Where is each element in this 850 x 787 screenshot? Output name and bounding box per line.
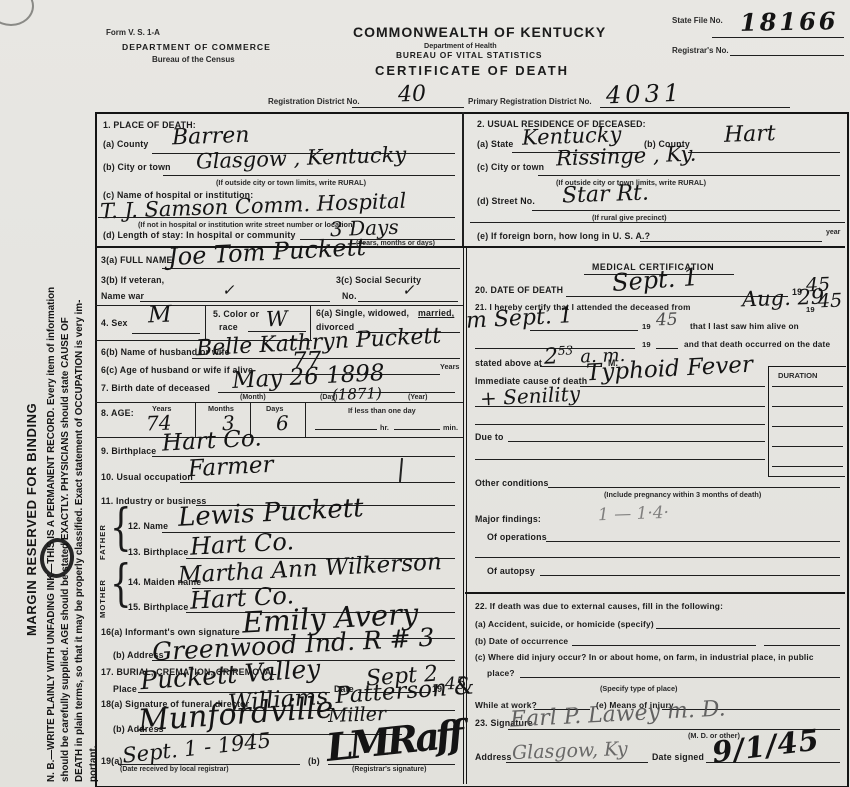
sex-label: 4. Sex: [101, 318, 128, 328]
rule: [530, 330, 638, 331]
autopsy-label: Of autopsy: [487, 566, 535, 576]
age-label: 8. AGE:: [101, 408, 134, 418]
attended-from-year: 45: [818, 292, 843, 312]
rule: [600, 107, 790, 108]
bureau-census: Bureau of the Census: [152, 55, 235, 64]
medical-section-divider: [465, 592, 845, 594]
father-name-label: 12. Name: [128, 521, 168, 531]
dept-health: Department of Health: [424, 41, 497, 50]
primary-district-number: 4031: [606, 81, 684, 108]
color-label2: race: [219, 322, 238, 332]
injury-where-label: (c) Where did injury occur? In or about …: [475, 653, 814, 662]
operations-label: Of operations: [487, 532, 547, 542]
rule: [772, 406, 843, 407]
margin-nb-line3: DEATH in plain terms, so that it may be …: [74, 108, 85, 782]
commonwealth-title: COMMONWEALTH OF KENTUCKY: [353, 24, 606, 40]
corner-scan-mark: [0, 0, 34, 26]
rule: [475, 459, 765, 460]
marital-label: 6(a) Single, widowed,: [316, 308, 409, 318]
rule: [730, 55, 844, 56]
registrar-no-label: Registrar's No.: [672, 46, 729, 55]
rule: [180, 482, 455, 483]
color-label: 5. Color or: [213, 309, 259, 319]
rule: [768, 476, 845, 477]
stated-above-label: stated above at: [475, 358, 542, 368]
veteran-check-mark: ✓: [222, 283, 235, 298]
column-divider-top: [462, 112, 464, 246]
rule: [132, 333, 200, 334]
rule: [532, 210, 840, 211]
rule: [163, 175, 455, 176]
rule: [548, 487, 840, 488]
rule: [772, 426, 843, 427]
accident-label: (a) Accident, suicide, or homicide (spec…: [475, 619, 654, 629]
date-of-death-value: Sept. 1: [611, 265, 699, 295]
margin-nb-line1: N. B.—WRITE PLAINLY WITH UNFADING INK—TH…: [46, 108, 57, 782]
injury-where-label2: place?: [487, 668, 515, 678]
time-hour: 2: [544, 344, 559, 369]
street-value: Star Rt.: [562, 182, 650, 207]
received-note: (Date received by local registrar): [120, 766, 229, 773]
rule: [475, 424, 765, 425]
residence-state-label: (a) State: [477, 139, 514, 149]
rule: [315, 429, 377, 430]
rule: [764, 645, 840, 646]
rule: [475, 557, 840, 558]
residence-city-label: (c) City or town: [477, 162, 544, 172]
rule: [520, 677, 840, 678]
physician-addr-label: Address: [475, 752, 512, 762]
rule: [712, 37, 844, 38]
spouse-age-suffix: Years: [440, 362, 459, 371]
rule: [98, 217, 455, 218]
birth-date-alt-value: (1871): [332, 386, 382, 403]
rule: [305, 402, 306, 437]
margin-binding-note: MARGIN RESERVED FOR BINDING: [24, 264, 39, 636]
major-findings-label: Major findings:: [475, 514, 541, 524]
age-less-label: If less than one day: [348, 406, 416, 415]
physician-addr-value: Glasgow, Ky: [512, 740, 628, 763]
certificate-title: CERTIFICATE OF DEATH: [375, 63, 569, 78]
street-label: (d) Street No.: [477, 196, 535, 206]
rule: [580, 386, 765, 387]
bureau-vital-statistics: BUREAU OF VITAL STATISTICS: [396, 50, 542, 60]
county-label: (a) County: [103, 139, 149, 149]
occupation-label: 10. Usual occupation: [101, 472, 193, 482]
rule: [538, 175, 840, 176]
rule: [640, 241, 822, 242]
death-certificate-scan: MARGIN RESERVED FOR BINDING N. B.—WRITE …: [0, 0, 850, 787]
hr-label: hr.: [380, 423, 389, 432]
sex-value: M: [148, 304, 172, 328]
father-side-label: FATHER: [98, 512, 107, 560]
rule: [772, 386, 843, 387]
day-label: (Day): [320, 394, 338, 401]
date-signed-label: Date signed: [652, 752, 704, 762]
external-causes-title: 22. If death was due to external causes,…: [475, 601, 723, 611]
age-days-value: 6: [276, 413, 289, 433]
spouse-age-label: 6(c) Age of husband or wife if alive: [101, 365, 253, 375]
foreign-born-label: (e) If foreign born, how long in U. S. A…: [477, 231, 650, 241]
mother-side-label: MOTHER: [98, 568, 107, 618]
burial-place-label: Place: [113, 684, 137, 694]
occurred-label: and that death occurred on the date: [684, 340, 830, 349]
dept-commerce: DEPARTMENT OF COMMERCE: [122, 42, 271, 52]
rule: [572, 645, 756, 646]
state-file-label: State File No.: [672, 16, 723, 25]
residence-county-value: Hart: [724, 123, 776, 147]
to-year-prefix: 19: [642, 322, 651, 331]
foreign-born-suffix: year: [826, 229, 840, 236]
rule: [656, 348, 678, 349]
duration-label: DURATION: [778, 371, 818, 380]
color-value: W: [266, 309, 288, 331]
other-conditions-note: (Include pregnancy within 3 months of de…: [604, 490, 761, 499]
rule: [508, 441, 765, 442]
occupation-value: Farmer: [187, 454, 274, 481]
rule: [688, 152, 840, 153]
marital-married-label: married,: [418, 308, 454, 318]
birthplace-value: Hart Co.: [161, 427, 262, 455]
father-birthplace-label: 13. Birthplace: [128, 547, 189, 557]
rule: [470, 222, 845, 223]
specify-place-note: (Specify type of place): [600, 684, 677, 693]
occurred-year-prefix: 19: [642, 340, 651, 349]
primary-district-label: Primary Registration District No.: [468, 97, 592, 106]
duration-box: [768, 366, 846, 477]
time-minutes: 53: [558, 343, 574, 358]
registration-district-label: Registration District No.: [268, 97, 360, 106]
attended-to-value: m Sept. 1: [465, 305, 573, 333]
registrar-b-label: (b): [308, 756, 320, 766]
ssn-label2: No.: [342, 291, 357, 301]
year-label: (Year): [408, 394, 427, 401]
major-findings-value: 1 — 1·4·: [598, 505, 670, 524]
birthplace-label: 9. Birthplace: [101, 446, 156, 456]
residence-city-value: Rissinge , Ky.: [556, 144, 697, 170]
city-label: (b) City or town: [103, 162, 171, 172]
rule: [546, 541, 840, 542]
date-of-death-label: 20. DATE OF DEATH: [475, 285, 563, 295]
attended-to-year: 45: [656, 312, 678, 330]
birth-date-label: 7. Birth date of deceased: [101, 383, 210, 393]
father-birthplace-value: Hart Co.: [189, 529, 294, 558]
veteran-label: 3(b) If veteran,: [101, 275, 164, 285]
cause2-value: + Senility: [480, 383, 581, 408]
form-number: Form V. S. 1-A: [106, 28, 160, 37]
county-value: Barren: [172, 125, 250, 150]
city-note: (If outside city or town limits, write R…: [216, 178, 366, 187]
state-file-number: 18166: [740, 9, 839, 35]
rule: [358, 301, 458, 302]
hospital-note: (If not in hospital or institution write…: [138, 220, 355, 229]
rule: [205, 305, 206, 340]
month-label: (Month): [240, 394, 266, 401]
alive-label: that I last saw him alive on: [690, 322, 799, 331]
registrar-note: (Registrar's signature): [352, 766, 426, 773]
rule: [394, 429, 440, 430]
margin-nb-line2: should be carefully supplied. AGE should…: [60, 108, 71, 782]
rule: [95, 402, 463, 403]
occurrence-date-label: (b) Date of occurrence: [475, 636, 568, 646]
rule: [540, 575, 840, 576]
veteran-label2: Name war: [101, 291, 144, 301]
street-note: (If rural give precinct): [592, 213, 667, 222]
from-year-prefix: 19: [806, 305, 815, 314]
rule: [656, 628, 840, 629]
rule: [772, 466, 843, 467]
registration-district-number: 40: [398, 84, 427, 107]
full-name-label: 3(a) FULL NAME: [101, 255, 173, 265]
min-label: min.: [443, 423, 458, 432]
rule: [95, 437, 463, 438]
mother-birthplace-label: 15. Birthplace: [128, 602, 189, 612]
other-conditions-label: Other conditions: [475, 478, 549, 488]
ssn-check-mark: ✓: [402, 283, 415, 298]
due-to-label: Due to: [475, 432, 504, 442]
rule: [772, 446, 843, 447]
stay-note: (years, months or days): [356, 240, 435, 247]
